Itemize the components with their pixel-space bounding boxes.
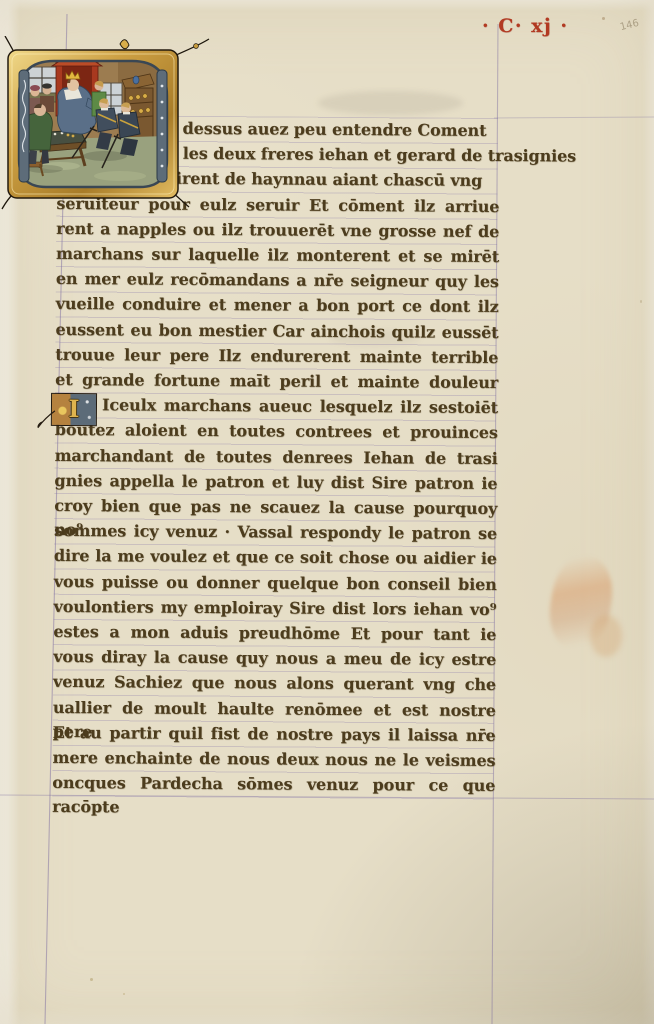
manuscript-line: croy bien que pas ne scauez la cause pou… — [54, 494, 497, 522]
spike-gold-bead — [194, 44, 199, 49]
miniature-scene — [16, 50, 167, 187]
manuscript-line: venuz Sachiez que nous alons querant vng… — [53, 670, 496, 698]
manuscript-line: trouue leur pere Ilz endurerent mainte t… — [55, 343, 498, 371]
manuscript-line: les deux freres iehan et gerard de trasi… — [183, 142, 626, 170]
manuscript-page: · C· xj · 146 y dessus auez peu entendre… — [0, 0, 654, 1024]
manuscript-line: p̄tirent de haynnau aiant chascū vng — [157, 167, 600, 195]
manuscript-line: dire la me voulez et que ce soit chose o… — [54, 544, 497, 572]
miniature-illustration — [0, 36, 215, 214]
manuscript-line: Iceulx marchans aueuc lesquelz ilz sesto… — [102, 393, 498, 421]
manuscript-line: et grande fortune maīt peril et mainte d… — [55, 368, 498, 396]
manuscript-line: estes a mon aduis preudhōme Et pour tant… — [53, 620, 496, 648]
manuscript-line: voulontiers my emploiray Sire dist lors … — [53, 595, 496, 623]
manuscript-line: boutez aloient en toutes contrees et pro… — [55, 418, 498, 446]
penwork-flourish-icon — [37, 410, 57, 430]
manuscript-line: oncques Pardecha sōmes venuz pour ce que… — [52, 771, 495, 799]
manuscript-line: mere enchainte de nous deux nous ne le v… — [52, 746, 495, 774]
manuscript-line: marchandant de toutes denrees Iehan de t… — [55, 444, 498, 472]
manuscript-line: en mer eulz recōmandans a nr̄e seigneur … — [56, 267, 499, 295]
manuscript-line: Et au partir quil fist de nostre pays il… — [53, 721, 496, 749]
manuscript-line: rent a napples ou ilz trouuerēt vne gros… — [56, 217, 499, 245]
manuscript-line: vueille conduire et mener a bon port ce … — [56, 292, 499, 320]
manuscript-line: marchans sur laquelle ilz monterent et s… — [56, 242, 499, 270]
historiated-initial-C — [0, 36, 215, 214]
champie-initial: I — [51, 393, 97, 426]
manuscript-line: uallier de moult haulte renōmee et est n… — [53, 696, 496, 724]
champie-initial-letter: I — [68, 395, 79, 423]
manuscript-line: gnies appella le patron et luy dist Sire… — [54, 469, 497, 497]
manuscript-line: vous puisse ou donner quelque bon consei… — [54, 570, 497, 598]
manuscript-line: eussent eu bon mestier Car ainchois quil… — [55, 318, 498, 346]
manuscript-line: sommes icy venuz · Vassal respondy le pa… — [54, 519, 497, 547]
manuscript-line: y dessus auez peu entendre Coment — [168, 117, 611, 145]
frame-gold-teardrop — [120, 40, 129, 49]
manuscript-line: vous diray la cause quy nous a meu de ic… — [53, 645, 496, 673]
